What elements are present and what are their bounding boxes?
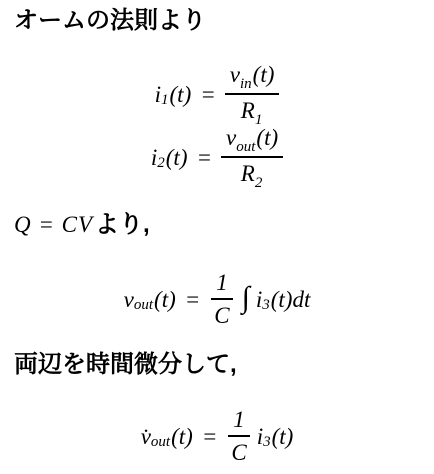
eq2-numerator: vout(t) [221,125,283,158]
eq3-rhs-arg: (t) [271,287,293,313]
eq3-differential: dt [292,287,310,313]
eq4-lhs-arg: (t) [171,424,193,450]
eq4-fraction: 1 C [226,407,251,466]
eq2-num-sub: out [236,139,255,155]
heading-q-cv-math: Q = CV [14,212,93,237]
heading-q-cv: Q = CVより, [14,210,150,240]
eq3-lhs-sub: out [134,297,153,314]
equation-vdot: v̇out(t) = 1 C i3(t) [0,407,434,466]
eq3-fraction: 1 C [209,270,234,329]
eq1-den-var: R [241,98,255,123]
eq1-lhs-arg: (t) [170,82,192,108]
eq2-num-var: v [226,125,236,150]
eq4-rhs-sub: 3 [263,434,271,451]
equation-vout-integral: vout(t) = 1 C ∫ i3(t)dt [0,270,434,329]
eq3-lhs-arg: (t) [154,287,176,313]
eq1-equals-sign: = [200,82,216,108]
equation-i1: i1(t) = vin(t) R1 [0,62,434,127]
eq2-lhs-arg: (t) [166,145,188,171]
eq3-denominator: C [209,300,234,329]
eq4-equals-sign: = [202,424,218,450]
eq2-equals-sign: = [196,145,212,171]
eq4-numerator: 1 [228,407,250,437]
eq4-lhs-var: v̇ [141,424,151,450]
document-page: オームの法則より i1(t) = vin(t) R1 i2(t) = vout(… [0,0,434,474]
equation-i2: i2(t) = vout(t) R2 [0,125,434,190]
eq2-denominator: R2 [236,158,269,190]
eq1-num-var: v [230,62,240,87]
eq2-den-sub: 2 [255,175,263,191]
eq1-lhs-sub: 1 [161,92,169,109]
eq2-fraction: vout(t) R2 [221,125,283,190]
eq3-rhs-sub: 3 [262,297,270,314]
eq4-lhs-sub: out [151,434,170,451]
eq3-equals-sign: = [185,287,201,313]
heading-differentiate: 両辺を時間微分して, [14,350,237,380]
eq1-num-arg: (t) [253,62,275,87]
eq4-rhs-arg: (t) [272,424,294,450]
eq2-lhs-sub: 2 [157,155,165,172]
eq1-num-sub: in [240,76,252,92]
eq4-denominator: C [226,437,251,466]
eq2-den-var: R [241,161,255,186]
eq1-fraction: vin(t) R1 [225,62,280,127]
eq2-num-arg: (t) [256,125,278,150]
heading-ohms-law: オームの法則より [14,6,206,36]
eq1-numerator: vin(t) [225,62,280,95]
integral-sign: ∫ [242,281,250,315]
eq3-numerator: 1 [211,270,233,300]
eq1-denominator: R1 [236,95,269,127]
heading-q-cv-suffix: より, [95,211,150,238]
eq3-lhs-var: v [124,287,134,313]
